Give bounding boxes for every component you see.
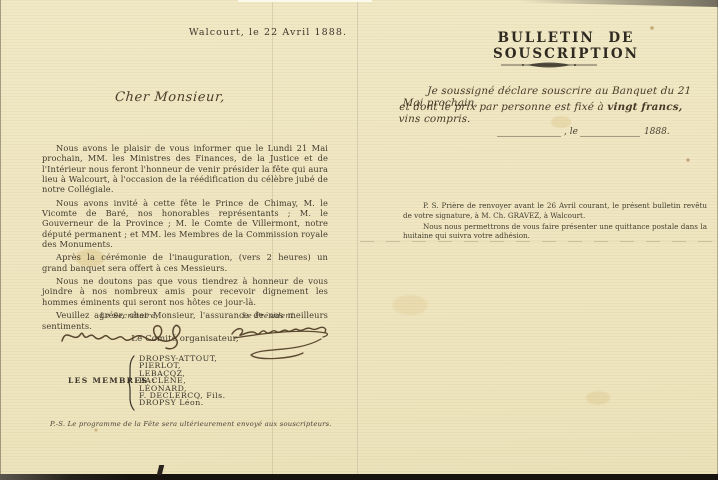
scan-bottom-edge [0, 474, 718, 480]
letter-paragraph: Nous ne doutons pas que vous tiendrez à … [42, 276, 328, 307]
members-brace-icon [123, 354, 137, 412]
dateline: Walcourt, le 22 Avril 1888. [158, 27, 378, 38]
members-list: DROPSY-ATTOUT, PIERLOT, LEBACQZ, BACLÈNE… [139, 355, 226, 407]
ornament-rule-icon [500, 59, 598, 71]
member-name: DROPSY Léon. [139, 399, 226, 406]
letter-postscript: P.-S. Le programme de la Fête sera ultér… [50, 420, 332, 428]
letter-paragraph: Nous avons le plaisir de vous informer q… [42, 143, 328, 195]
letter-paragraph: Après la cérémonie de l'inauguration, (v… [42, 252, 328, 273]
date-fill-in-line: , le 1888. [497, 126, 677, 137]
secretary-signature-icon [56, 317, 190, 355]
date-le-text: , le [561, 127, 580, 137]
center-fold-crease [357, 0, 359, 475]
scanned-document-spread: Walcourt, le 22 Avril 1888. Cher Monsieu… [0, 0, 718, 480]
year-text: 1888. [640, 127, 670, 137]
declaration-line-2-pre: et dont le prix par personne est fixé à [399, 101, 608, 113]
bulletin-ps-paragraph-2: Nous nous permettrons de vous faire prés… [403, 222, 707, 242]
place-blank-line [497, 126, 561, 137]
members-block: LES MEMBRES : DROPSY-ATTOUT, PIERLOT, LE… [68, 354, 268, 410]
bulletin-title: BULLETIN DE SOUSCRIPTION [420, 30, 712, 62]
salutation: Cher Monsieur, [114, 90, 225, 105]
scan-left-edge [0, 0, 1, 475]
day-blank-line [580, 126, 640, 137]
bulletin-postscript: P. S. Prière de renvoyer avant le 26 Avr… [403, 201, 707, 242]
price-amount: vingt francs, [607, 101, 683, 113]
letter-paragraph: Nous avons invité à cette fête le Prince… [42, 198, 328, 250]
declaration-line-2: et dont le prix par personne est fixé à … [398, 101, 701, 125]
declaration-line-2-post: vins compris. [398, 113, 471, 125]
bulletin-ps-paragraph-1: P. S. Prière de renvoyer avant le 26 Avr… [403, 201, 707, 221]
scan-top-edge [238, 0, 372, 2]
